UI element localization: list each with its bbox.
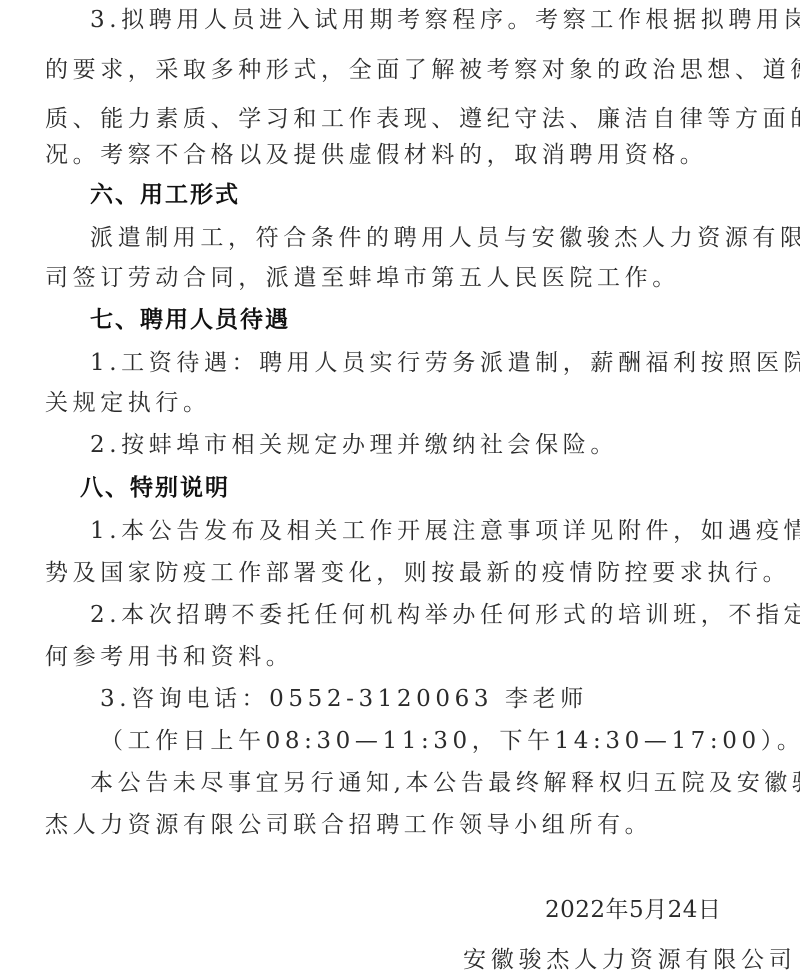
office-hours: （工作日上午08:30—11:30，下午14:30—17:00）。 bbox=[100, 726, 800, 756]
signature-organization: 安徽骏杰人力资源有限公司 bbox=[463, 945, 797, 975]
paragraph-line: 派遣制用工，符合条件的聘用人员与安徽骏杰人力资源有限公 bbox=[90, 223, 800, 253]
paragraph-line: 1.工资待遇：聘用人员实行劳务派遣制，薪酬福利按照医院相 bbox=[90, 348, 800, 378]
paragraph-line: 况。考察不合格以及提供虚假材料的，取消聘用资格。 bbox=[45, 140, 707, 170]
section-heading-special-notes: 八、特别说明 bbox=[80, 473, 230, 503]
paragraph-line: 势及国家防疫工作部署变化，则按最新的疫情防控要求执行。 bbox=[45, 558, 790, 588]
paragraph-line: 关规定执行。 bbox=[45, 388, 211, 418]
paragraph-line: 杰人力资源有限公司联合招聘工作领导小组所有。 bbox=[45, 810, 652, 840]
paragraph-line: 2.本次招聘不委托任何机构举办任何形式的培训班，不指定任 bbox=[90, 600, 800, 630]
paragraph-line: 3.拟聘用人员进入试用期考察程序。考察工作根据拟聘用岗位 bbox=[90, 5, 800, 35]
document-page: 3.拟聘用人员进入试用期考察程序。考察工作根据拟聘用岗位 的要求，采取多种形式，… bbox=[0, 0, 800, 977]
paragraph-line: 质、能力素质、学习和工作表现、遵纪守法、廉洁自律等方面的情 bbox=[45, 104, 800, 134]
paragraph-line: 的要求，采取多种形式，全面了解被考察对象的政治思想、道德品 bbox=[45, 55, 800, 85]
paragraph-line: 2.按蚌埠市相关规定办理并缴纳社会保险。 bbox=[90, 430, 618, 460]
section-heading-employment-form: 六、用工形式 bbox=[90, 180, 240, 210]
paragraph-line: 司签订劳动合同，派遣至蚌埠市第五人民医院工作。 bbox=[45, 263, 680, 293]
signature-date: 2022年5月24日 bbox=[545, 895, 721, 925]
section-heading-compensation: 七、聘用人员待遇 bbox=[90, 305, 290, 335]
paragraph-line: 本公告未尽事宜另行通知,本公告最终解释权归五院及安徽骏 bbox=[90, 768, 800, 798]
contact-phone: 3.咨询电话：0552-3120063 李老师 bbox=[100, 684, 588, 714]
paragraph-line: 何参考用书和资料。 bbox=[45, 642, 293, 672]
paragraph-line: 1.本公告发布及相关工作开展注意事项详见附件，如遇疫情形 bbox=[90, 516, 800, 546]
